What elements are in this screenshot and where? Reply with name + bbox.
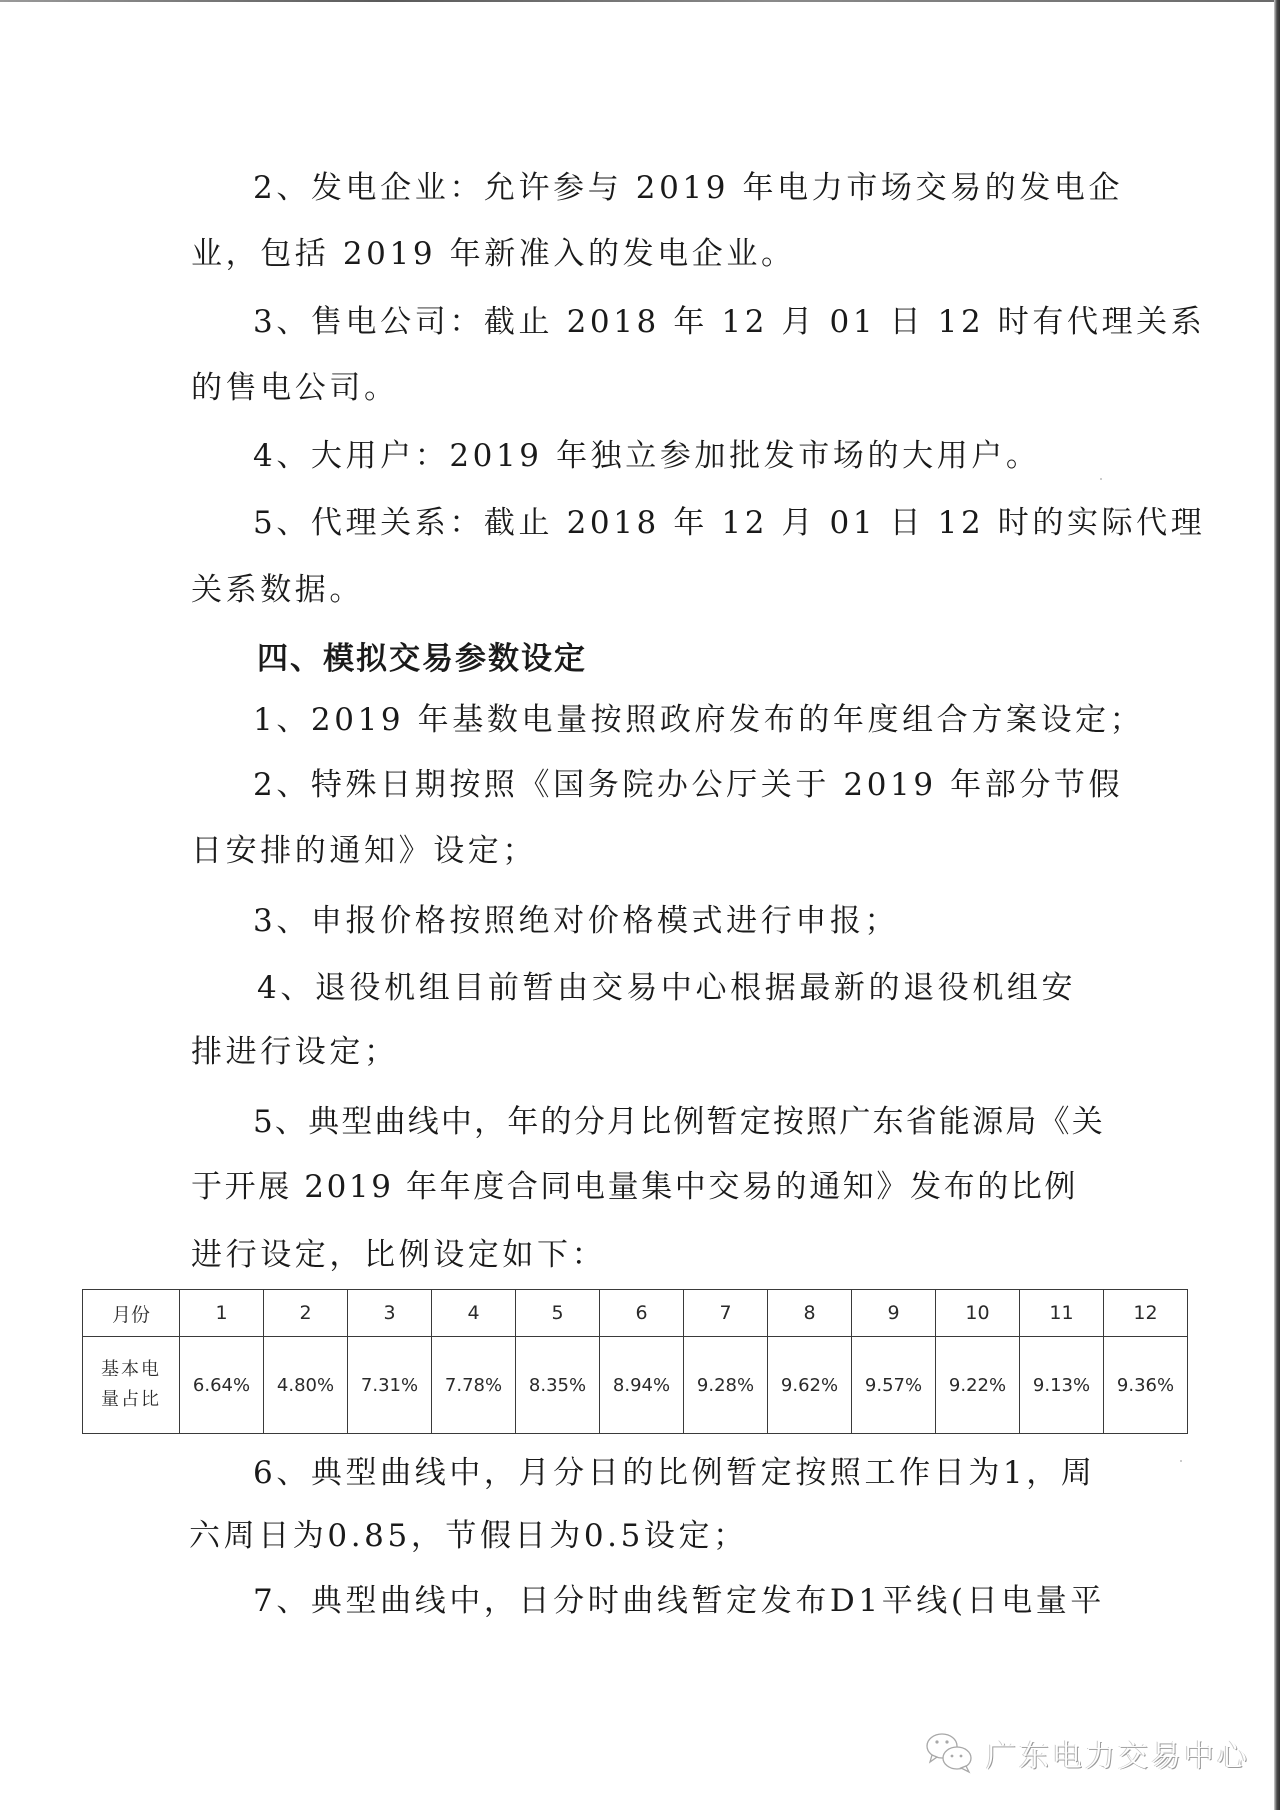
paragraph-line: 5、代理关系：截止 2018 年 12 月 01 日 12 时的实际代理	[253, 503, 1205, 543]
month-cell: 12	[1104, 1290, 1188, 1337]
paragraph-line: 于开展 2019 年年度合同电量集中交易的通知》发布的比例	[191, 1167, 1078, 1207]
section-heading: 四、模拟交易参数设定	[257, 639, 587, 679]
ratio-cell: 9.36%	[1104, 1337, 1188, 1434]
paragraph-line: 业，包括 2019 年新准入的发电企业。	[191, 234, 796, 274]
month-cell: 6	[600, 1290, 684, 1337]
ratio-cell: 9.13%	[1020, 1337, 1104, 1434]
ratio-cell: 8.94%	[600, 1337, 684, 1434]
ratio-cell: 9.28%	[684, 1337, 768, 1434]
scan-border-top	[0, 0, 1280, 2]
watermark: 广东电力交易中心	[924, 1730, 1250, 1776]
paragraph-line: 2、发电企业：允许参与 2019 年电力市场交易的发电企	[253, 168, 1123, 208]
paragraph-line: 4、大用户：2019 年独立参加批发市场的大用户。	[253, 436, 1040, 476]
month-cell: 1	[180, 1290, 264, 1337]
month-cell: 5	[516, 1290, 600, 1337]
paragraph-line: 4、退役机组目前暂由交易中心根据最新的退役机组安	[257, 968, 1076, 1008]
month-cell: 10	[936, 1290, 1020, 1337]
ratio-cell: 9.62%	[768, 1337, 852, 1434]
month-cell: 4	[432, 1290, 516, 1337]
ratio-cell: 7.78%	[432, 1337, 516, 1434]
header-label-cell: 月份	[83, 1290, 180, 1337]
paragraph-line: 日安排的通知》设定；	[191, 831, 537, 871]
paragraph-line: 1、2019 年基数电量按照政府发布的年度组合方案设定；	[253, 700, 1144, 740]
paragraph-line: 6、典型曲线中，月分日的比例暂定按照工作日为1，周	[253, 1453, 1095, 1493]
paragraph-line: 进行设定，比例设定如下：	[191, 1235, 606, 1275]
monthly-ratio-table: 月份 1 2 3 4 5 6 7 8 9 10 11 12 基本电 量占比 6.…	[82, 1289, 1188, 1434]
paragraph-line: 7、典型曲线中，日分时曲线暂定发布D1平线(日电量平	[253, 1581, 1105, 1621]
table-row: 基本电 量占比 6.64% 4.80% 7.31% 7.78% 8.35% 8.…	[83, 1337, 1188, 1434]
table-header-row: 月份 1 2 3 4 5 6 7 8 9 10 11 12	[83, 1290, 1188, 1337]
month-cell: 7	[684, 1290, 768, 1337]
paragraph-line: 5、典型曲线中，年的分月比例暂定按照广东省能源局《关	[253, 1102, 1105, 1142]
month-cell: 3	[348, 1290, 432, 1337]
ratio-cell: 8.35%	[516, 1337, 600, 1434]
scan-border-right	[1274, 0, 1280, 1810]
ratio-cell: 9.57%	[852, 1337, 936, 1434]
month-cell: 11	[1020, 1290, 1104, 1337]
paragraph-line: 2、特殊日期按照《国务院办公厅关于 2019 年部分节假	[253, 765, 1123, 805]
paragraph-line: 排进行设定；	[191, 1032, 399, 1072]
row-label-cell: 基本电 量占比	[83, 1337, 180, 1434]
month-cell: 2	[264, 1290, 348, 1337]
paragraph-line: 3、申报价格按照绝对价格模式进行申报；	[253, 901, 899, 941]
paragraph-line: 六周日为0.85，节假日为0.5设定；	[189, 1516, 748, 1556]
wechat-icon	[924, 1730, 976, 1776]
ratio-cell: 4.80%	[264, 1337, 348, 1434]
scan-speck	[1100, 478, 1102, 480]
month-cell: 8	[768, 1290, 852, 1337]
month-cell: 9	[852, 1290, 936, 1337]
scan-speck	[1180, 1460, 1182, 1462]
ratio-cell: 9.22%	[936, 1337, 1020, 1434]
paragraph-line: 关系数据。	[191, 570, 364, 610]
paragraph-line: 3、售电公司：截止 2018 年 12 月 01 日 12 时有代理关系	[253, 302, 1205, 342]
row-label-line: 量占比	[83, 1385, 179, 1415]
row-label-line: 基本电	[83, 1355, 179, 1385]
watermark-text: 广东电力交易中心	[986, 1731, 1250, 1775]
ratio-cell: 7.31%	[348, 1337, 432, 1434]
ratio-cell: 6.64%	[180, 1337, 264, 1434]
paragraph-line: 的售电公司。	[191, 368, 399, 408]
